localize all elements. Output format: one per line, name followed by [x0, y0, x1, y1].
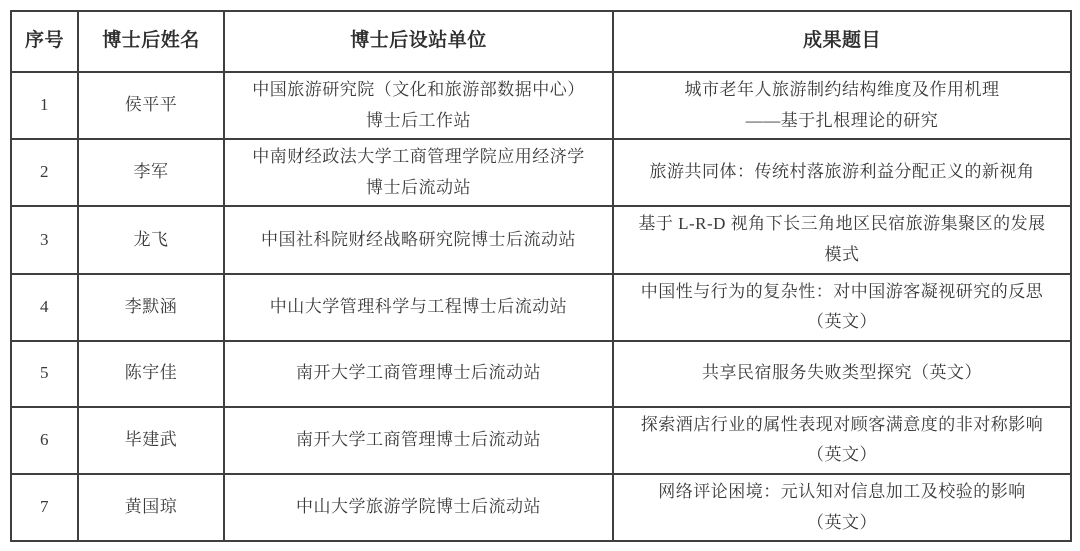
table-row: 7 黄国琼 中山大学旅游学院博士后流动站 网络评论困境：元认知对信息加工及校验的… — [11, 474, 1071, 541]
cell-number: 7 — [11, 474, 78, 541]
cell-number: 3 — [11, 206, 78, 273]
cell-station: 中国旅游研究院（文化和旅游部数据中心） 博士后工作站 — [224, 72, 613, 139]
cell-title: 城市老年人旅游制约结构维度及作用机理 ——基于扎根理论的研究 — [613, 72, 1071, 139]
cell-number: 5 — [11, 341, 78, 407]
table-row: 6 毕建武 南开大学工商管理博士后流动站 探索酒店行业的属性表现对顾客满意度的非… — [11, 407, 1071, 474]
cell-name: 龙飞 — [78, 206, 224, 273]
cell-title: 网络评论困境：元认知对信息加工及校验的影响 （英文） — [613, 474, 1071, 541]
cell-title: 旅游共同体：传统村落旅游利益分配正义的新视角 — [613, 139, 1071, 206]
cell-name: 李军 — [78, 139, 224, 206]
header-cell-name: 博士后姓名 — [78, 11, 224, 72]
cell-number: 1 — [11, 72, 78, 139]
cell-name: 黄国琼 — [78, 474, 224, 541]
cell-station: 中国社科院财经战略研究院博士后流动站 — [224, 206, 613, 273]
cell-number: 2 — [11, 139, 78, 206]
header-cell-title: 成果题目 — [613, 11, 1071, 72]
cell-station: 南开大学工商管理博士后流动站 — [224, 341, 613, 407]
cell-station: 南开大学工商管理博士后流动站 — [224, 407, 613, 474]
postdoc-results-table: 序号 博士后姓名 博士后设站单位 成果题目 1 侯平平 中国旅游研究院（文化和旅… — [10, 10, 1072, 542]
document-page: 序号 博士后姓名 博士后设站单位 成果题目 1 侯平平 中国旅游研究院（文化和旅… — [0, 0, 1080, 551]
table-row: 5 陈宇佳 南开大学工商管理博士后流动站 共享民宿服务失败类型探究（英文） — [11, 341, 1071, 407]
header-cell-station: 博士后设站单位 — [224, 11, 613, 72]
cell-name: 毕建武 — [78, 407, 224, 474]
cell-name: 李默涵 — [78, 274, 224, 341]
table-header-row: 序号 博士后姓名 博士后设站单位 成果题目 — [11, 11, 1071, 72]
cell-name: 陈宇佳 — [78, 341, 224, 407]
cell-title: 共享民宿服务失败类型探究（英文） — [613, 341, 1071, 407]
cell-title: 中国性与行为的复杂性：对中国游客凝视研究的反思 （英文） — [613, 274, 1071, 341]
table-row: 4 李默涵 中山大学管理科学与工程博士后流动站 中国性与行为的复杂性：对中国游客… — [11, 274, 1071, 341]
header-cell-number: 序号 — [11, 11, 78, 72]
cell-station: 中南财经政法大学工商管理学院应用经济学 博士后流动站 — [224, 139, 613, 206]
cell-station: 中山大学管理科学与工程博士后流动站 — [224, 274, 613, 341]
cell-number: 6 — [11, 407, 78, 474]
cell-title: 基于 L-R-D 视角下长三角地区民宿旅游集聚区的发展 模式 — [613, 206, 1071, 273]
cell-title: 探索酒店行业的属性表现对顾客满意度的非对称影响 （英文） — [613, 407, 1071, 474]
cell-name: 侯平平 — [78, 72, 224, 139]
table-row: 3 龙飞 中国社科院财经战略研究院博士后流动站 基于 L-R-D 视角下长三角地… — [11, 206, 1071, 273]
table-row: 2 李军 中南财经政法大学工商管理学院应用经济学 博士后流动站 旅游共同体：传统… — [11, 139, 1071, 206]
cell-station: 中山大学旅游学院博士后流动站 — [224, 474, 613, 541]
cell-number: 4 — [11, 274, 78, 341]
table-row: 1 侯平平 中国旅游研究院（文化和旅游部数据中心） 博士后工作站 城市老年人旅游… — [11, 72, 1071, 139]
